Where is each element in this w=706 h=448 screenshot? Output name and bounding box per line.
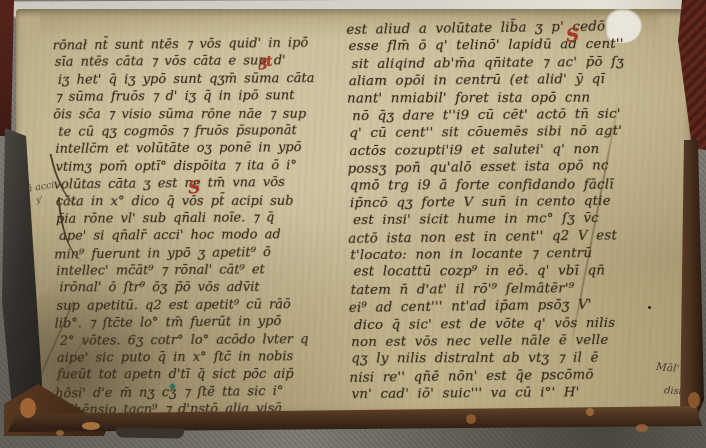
text-line: lib°. ⁊ ſtc̄te lo° tm̄ fuerūt in ypō [55, 314, 317, 334]
text-column-right: est aliud a volūtate lib̄a ʒ p' cedōesse… [348, 20, 627, 405]
worn-spot [56, 430, 64, 436]
worn-spot [688, 392, 700, 408]
text-line: sīa ntēs cāta ⁊ vōs cāta e sup d' [55, 53, 315, 72]
text-line: fueūt tot apetn d'tī q̄ sict pōc aip̄ [57, 367, 317, 385]
text-line: iʒ het' q̄ iʒ ypō sunt qʒm̄ sūma cāta [58, 71, 315, 90]
text-line: 2° vōtes. 6ʒ cotr° lo° acōdo lvter q [60, 332, 317, 351]
binding-red-leather-top-left [0, 0, 14, 136]
text-line: ōis sc̄a ⁊ visio sūma rōne nāe ⁊ sup [53, 106, 315, 124]
worn-spot [586, 408, 594, 416]
text-line: hōsi' d'e m̄ nʒ cʒ ⁊ ſtē tta sic i° [55, 383, 317, 403]
text-line: ape' si qn̄alr̄ acci' hoc modo ad [59, 227, 316, 246]
text-line: rōnał nt̄ sunt ntēs ⁊ vōs quid' in ipō [53, 36, 315, 56]
text-line: qmō trg i9 ā forte confidando fāclī [350, 177, 625, 195]
text-line: intellec' mc̄āt⁹ ⁊ rōnal' cāt⁹ et [56, 262, 316, 281]
text-line: intellc̄m et volūtāte oʒ ponē in ypō [55, 140, 315, 159]
text-line: ⁊ sūma fruōs ⁊ d' iʒ q̄ in ipō sunt [55, 88, 315, 107]
ink-speck [648, 306, 651, 309]
worn-spot [466, 414, 476, 424]
text-line: est locattū cozp⁹ in eō. q' vbī qn̄ [354, 264, 626, 282]
text-line: vn' cad' iō' suic''' va cū i°' H' [352, 385, 628, 405]
text-line: irōnal' ō ſtr⁹ ōʒ p̄ō vōs adv̄it [59, 280, 316, 298]
text-line: qʒ ly nilis distralnt ab vtʒ ⁊ il ē [351, 351, 626, 369]
text-line: p̄ia rōne vl' sub qn̄ali noīe. ⁊ q̄ [56, 210, 316, 229]
text-line: aliam opōi in centrū (et alid' ȳ qī [349, 72, 625, 92]
worn-spot [636, 424, 648, 432]
text-line: est aliud a volūtate lib̄a ʒ p' cedō [346, 19, 624, 40]
text-column-left: rōnał nt̄ sunt ntēs ⁊ vōs quid' in ipōsī… [55, 36, 317, 420]
margin-note-right-1: Māl' [655, 361, 679, 375]
rubric-initial: S [187, 178, 201, 199]
text-line: volūtas cāta ʒ est ne tm̄ vna vōs [54, 175, 316, 195]
text-line: actō ista non est in cent'' q2 V est [348, 228, 626, 249]
text-line: nisi re'' qn̄ē nōn' est q̄e pscōmō [349, 367, 627, 388]
text-line: possʒ pon̄ qu'alō esset ista opō nc [348, 158, 626, 179]
worn-spot [20, 398, 36, 418]
rubric-initial: ʒt [257, 53, 273, 70]
text-line: non est vōs nec velle nāle ē velle [351, 333, 627, 353]
text-line: aipe' sic puto q̄ in x° ſtc̄ in nobis [57, 349, 317, 368]
text-line: min⁹ fuerunt in ypō ʒ apetit⁹ ō [54, 244, 316, 264]
text-line: nant' nmiabil' foret ista opō cnn [347, 90, 624, 108]
binding-tab-bottom [116, 427, 184, 438]
binding-edge-right [680, 140, 704, 424]
manuscript-photo: rōnał nt̄ sunt ntēs ⁊ vōs quid' in ipōsī… [0, 0, 706, 448]
verdigris-dot [170, 384, 175, 389]
text-line: cāta in x° dico q̄ vōs pt̄ acipi sub [56, 193, 316, 211]
rubric-initial: S [565, 24, 580, 46]
worn-spot [82, 422, 100, 430]
text-line: te cū qʒ cogmōs ⁊ fruōs p̄suponāt [58, 123, 315, 142]
